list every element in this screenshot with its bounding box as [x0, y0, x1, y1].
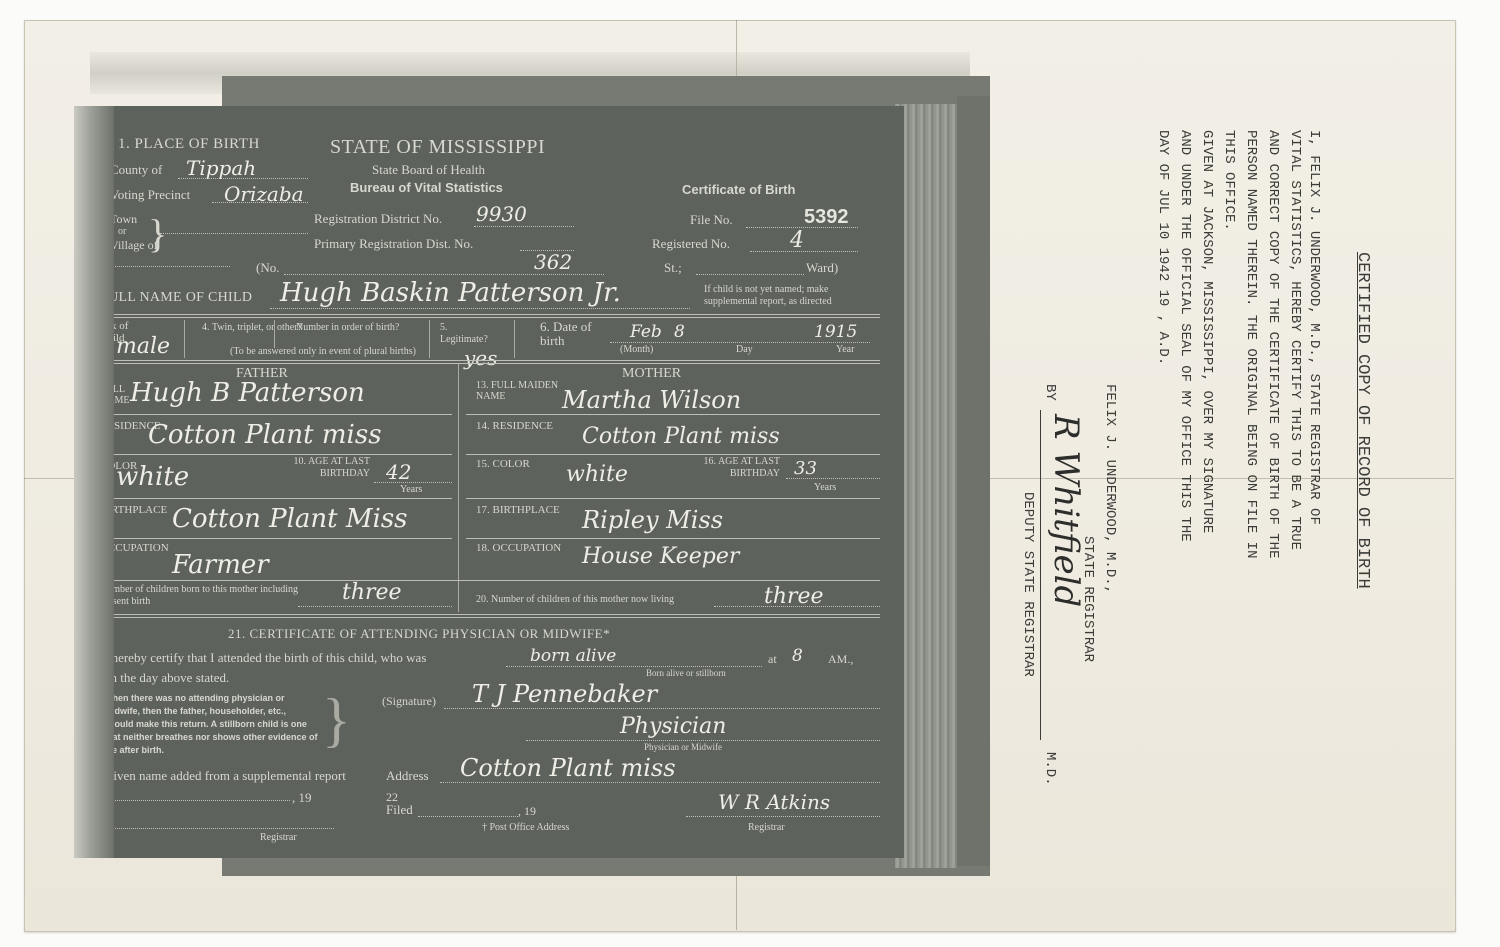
name-row-divider-2 — [100, 317, 880, 318]
row-rule — [466, 498, 880, 499]
bureau-title: Bureau of Vital Statistics — [350, 180, 503, 195]
certify-text: I hereby certify that I attended the bir… — [104, 650, 426, 666]
registrar-caption-right: Registrar — [748, 822, 785, 833]
filed-year: , 19 — [518, 804, 536, 819]
cert-line-1: I, FELIX J. UNDERWOOD, M.D., STATE REGIS… — [1303, 130, 1325, 525]
filed-label: Filed — [386, 802, 413, 818]
signature-line — [444, 708, 880, 709]
father-residence-value: Cotton Plant miss — [148, 420, 382, 450]
given-registrar-line — [104, 828, 334, 829]
col-divider — [429, 320, 430, 358]
photo-left-edge-glare — [74, 106, 114, 858]
dob-row-divider — [100, 360, 880, 361]
precinct-value: Orizaba — [224, 182, 304, 206]
children-living-value: three — [764, 584, 824, 609]
physician-caption: Physician or Midwife — [644, 742, 722, 752]
or-label: or — [118, 226, 126, 237]
mother-birthplace-label: 17. BIRTHPLACE — [476, 504, 560, 516]
children-born-value: three — [342, 580, 402, 605]
col-divider — [184, 320, 185, 358]
dob-line — [610, 342, 870, 343]
children-born-label: Number of children born to this mother i… — [100, 584, 310, 608]
street-line — [110, 266, 230, 267]
mother-color-label: 15. COLOR — [476, 458, 530, 470]
row-rule — [100, 414, 452, 415]
cert-line-8: DAY OF JUL 10 1942 19 , A.D. — [1155, 130, 1171, 365]
mother-years-caption: Years — [814, 482, 836, 493]
father-age-label: 10. AGE AT LAST BIRTHDAY — [270, 456, 370, 480]
row-rule — [100, 454, 452, 455]
certification-title: CERTIFIED COPY OF RECORD OF BIRTH — [1353, 252, 1372, 589]
reg-district-label: Registration District No. — [314, 211, 442, 227]
record-book-shadow — [957, 96, 990, 866]
no-line — [284, 274, 604, 275]
born-line — [506, 666, 762, 667]
row-rule — [466, 414, 880, 415]
st-label: St.; — [664, 260, 682, 276]
record-book-page-edges — [895, 104, 957, 868]
plural-births-note: (To be answered only in event of plural … — [230, 346, 416, 357]
day-above-text: on the day above stated. — [104, 670, 229, 686]
twin-label: 4. Twin, triplet, or other? — [202, 322, 302, 334]
father-color-value: white — [116, 462, 189, 492]
filed-registrar-line — [686, 816, 880, 817]
date-of-birth-label: 6. Date of birth — [540, 320, 600, 348]
file-no-label: File No. — [690, 212, 733, 228]
reg-district-line — [474, 226, 574, 227]
physician-title-value: Physician — [620, 714, 726, 739]
address-label: Address — [386, 768, 429, 784]
state-title: STATE OF MISSISSIPPI — [330, 136, 545, 159]
father-occupation-value: Farmer — [172, 550, 269, 580]
full-name-label: FULL NAME OF CHILD — [100, 290, 252, 306]
mother-occupation-label: 18. OCCUPATION — [476, 542, 561, 554]
row-rule — [100, 580, 880, 581]
col-divider — [514, 320, 515, 358]
registered-no-line — [750, 251, 858, 252]
children-born-line — [298, 606, 452, 607]
mother-birthplace-value: Ripley Miss — [582, 506, 723, 534]
given-name-year: , 19 — [292, 790, 312, 806]
legitimate-value: yes — [464, 346, 497, 370]
children-living-label: 20. Number of children of this mother no… — [476, 594, 674, 605]
cert-line-3: AND CORRECT COPY OF THE CERTIFICATE OF B… — [1265, 130, 1281, 558]
row-rule — [466, 538, 880, 539]
post-office-address-note: † Post Office Address — [482, 822, 569, 833]
reg-district-value: 9930 — [476, 202, 527, 226]
row-rule — [466, 454, 880, 455]
address-value: Cotton Plant miss — [460, 754, 676, 782]
birth-certificate-photo: 1. PLACE OF BIRTH County of Tippah Votin… — [74, 106, 904, 858]
registrar-name: FELIX J. UNDERWOOD, M.D., — [1102, 384, 1118, 594]
father-birthplace-value: Cotton Plant Miss — [172, 504, 408, 534]
deputy-signature: R Whitfield — [1046, 414, 1086, 607]
born-alive-caption: Born alive or stillborn — [646, 668, 726, 678]
county-label: County of — [110, 162, 162, 178]
by-label: BY — [1042, 384, 1058, 401]
st-line — [696, 274, 804, 275]
legitimate-label: 5. Legitimate? — [440, 322, 490, 346]
full-name-value: Hugh Baskin Patterson Jr. — [280, 278, 621, 308]
mother-name-value: Martha Wilson — [562, 386, 741, 414]
registrar-signature: W R Atkins — [718, 790, 830, 814]
month-caption: (Month) — [620, 344, 653, 355]
full-name-line — [270, 308, 690, 309]
deputy-title: DEPUTY STATE REGISTRAR — [1020, 492, 1036, 677]
sex-value: male — [116, 334, 170, 359]
physician-title-line — [526, 740, 880, 741]
row-rule — [100, 617, 880, 618]
mother-age-value: 33 — [794, 458, 817, 479]
mother-occupation-value: House Keeper — [582, 544, 739, 569]
row-rule — [100, 614, 880, 615]
cert-line-2: VITAL STATISTICS, HEREBY CERTIFY THIS TO… — [1287, 130, 1303, 550]
registered-no-label: Registered No. — [652, 236, 730, 252]
not-named-note: If child is not yet named; make suppleme… — [704, 284, 874, 308]
registered-no-value: 4 — [790, 228, 804, 253]
primary-reg-line — [520, 250, 574, 251]
deputy-signature-line — [1040, 410, 1041, 740]
cert-line-6: GIVEN AT JACKSON, MISSISSIPPI, OVER MY S… — [1199, 130, 1215, 533]
md-suffix: M.D. — [1042, 752, 1058, 786]
time-value: 8 — [792, 646, 803, 666]
at-label: at — [768, 652, 777, 667]
given-name-line — [104, 800, 290, 801]
town-label: Town — [110, 212, 137, 227]
certificate-title: Certificate of Birth — [682, 182, 795, 197]
dob-month: Feb — [630, 322, 662, 342]
given-name-label: Given name added from a supplemental rep… — [104, 768, 346, 784]
physician-signature: T J Pennebaker — [472, 680, 657, 708]
cert-line-4: PERSON NAMED THEREIN. THE ORIGINAL BEING… — [1243, 130, 1259, 558]
name-row-divider — [100, 314, 880, 315]
no-label: (No. — [256, 260, 279, 276]
cert-line-7: AND UNDER THE OFFICIAL SEAL OF MY OFFICE… — [1177, 130, 1193, 542]
primary-reg-label: Primary Registration Dist. No. — [314, 236, 473, 252]
dob-row-divider-2 — [100, 363, 880, 364]
cert-line-5: THIS OFFICE. — [1221, 130, 1237, 231]
mother-name-label: 13. FULL MAIDEN NAME — [476, 380, 566, 402]
row-rule — [100, 538, 452, 539]
mother-age-label: 16. AGE AT LAST BIRTHDAY — [690, 456, 780, 480]
year-caption: Year — [836, 344, 854, 355]
mother-residence-label: 14. RESIDENCE — [476, 420, 553, 432]
place-of-birth-label: 1. PLACE OF BIRTH — [118, 136, 260, 153]
father-age-value: 42 — [386, 460, 411, 484]
physician-heading: 21. CERTIFICATE OF ATTENDING PHYSICIAN O… — [228, 626, 610, 642]
precinct-label: Voting Precinct — [110, 187, 190, 203]
father-name-value: Hugh B Patterson — [130, 378, 365, 408]
row-rule — [100, 498, 452, 499]
no-value: 362 — [534, 250, 572, 274]
note-brace: } — [322, 686, 351, 755]
father-years-caption: Years — [400, 484, 422, 495]
mother-heading: MOTHER — [622, 366, 681, 382]
board-of-health: State Board of Health — [372, 162, 485, 178]
born-value: born alive — [530, 646, 616, 666]
am-label: AM., — [828, 652, 853, 667]
day-caption: Day — [736, 344, 753, 355]
town-line — [160, 233, 308, 234]
mother-color-value: white — [566, 462, 628, 487]
ward-label: Ward) — [806, 260, 838, 276]
address-line — [440, 782, 880, 783]
mother-residence-value: Cotton Plant miss — [582, 424, 780, 449]
col-divider — [274, 320, 275, 348]
filed-line — [418, 816, 518, 817]
signature-label: (Signature) — [382, 694, 436, 709]
dob-year: 1915 — [814, 322, 857, 342]
parents-divider — [458, 364, 459, 612]
county-value: Tippah — [186, 156, 256, 180]
dob-day: 8 — [674, 322, 685, 342]
stillborn-note: When there was no attending physician or… — [104, 692, 318, 757]
file-no-value: 5392 — [804, 206, 849, 229]
order-label: Number in order of birth? — [296, 322, 406, 334]
registrar-caption-left: Registrar — [260, 832, 297, 843]
